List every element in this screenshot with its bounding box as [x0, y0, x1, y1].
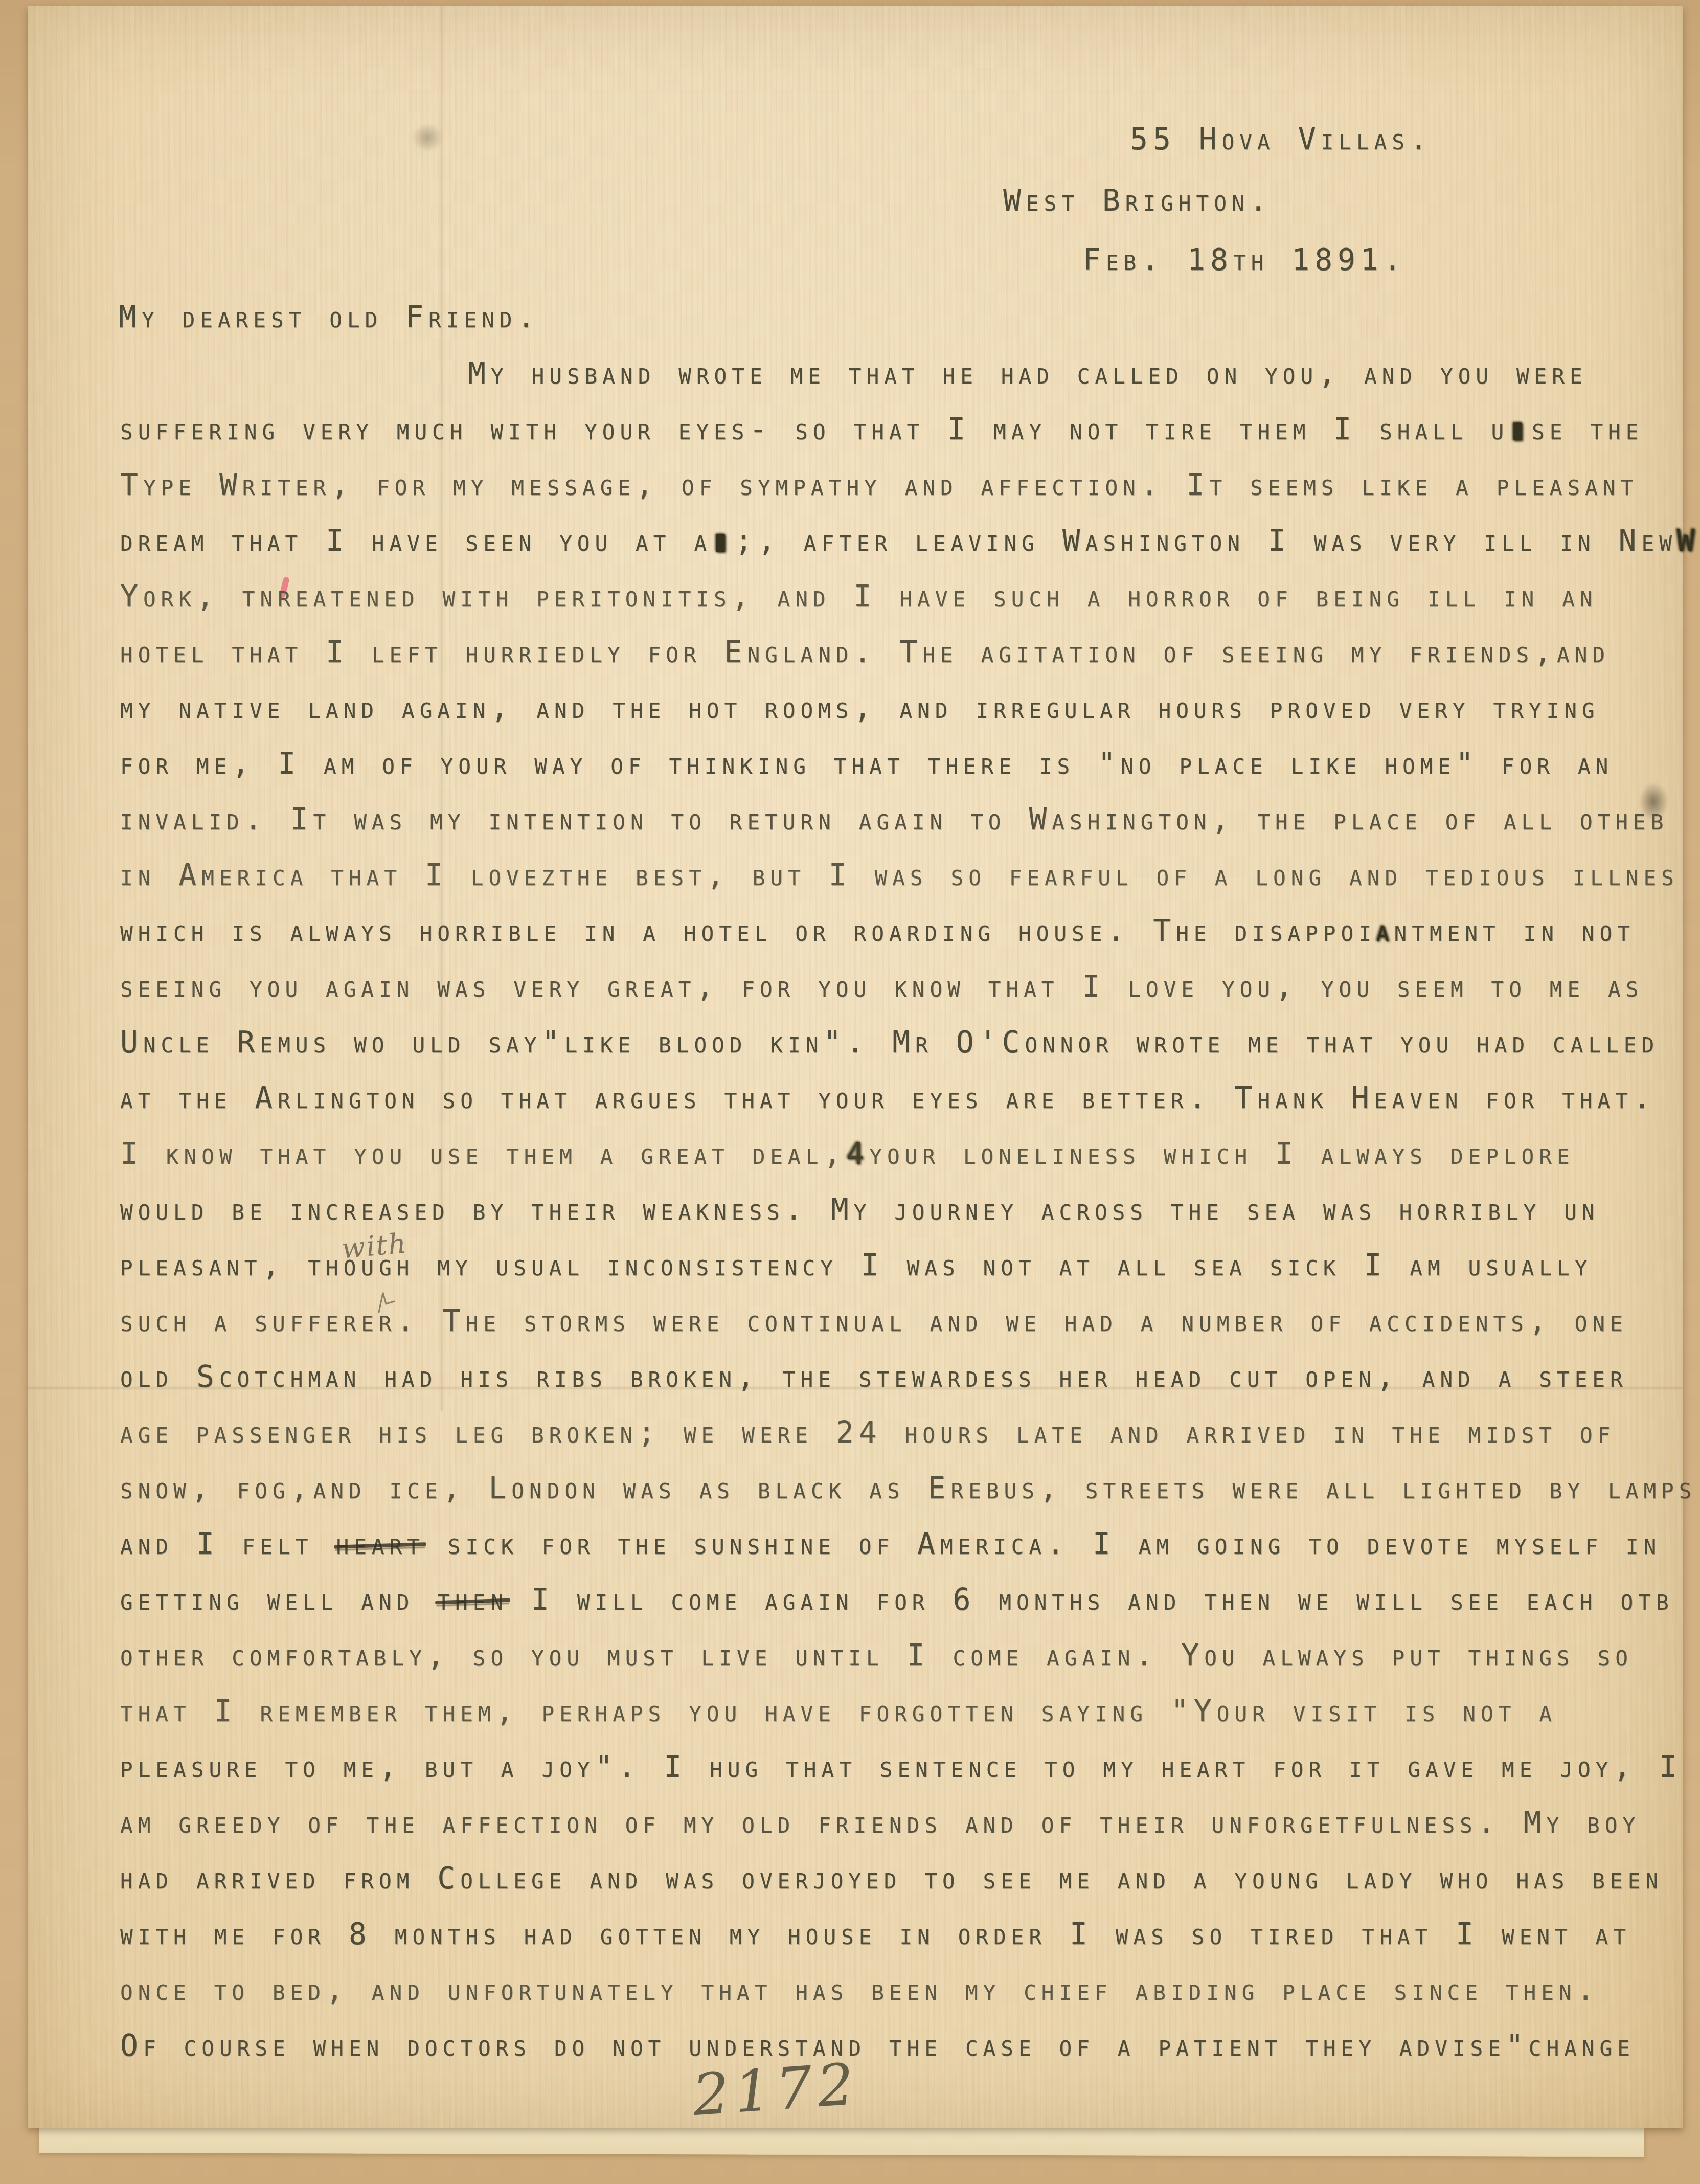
letter-line: in America that I lovezthe best, but I w…	[120, 847, 1700, 903]
pencil-caret-mark	[377, 1289, 398, 1315]
typed-text: am greedy of the affection of my old fri…	[120, 1805, 1640, 1840]
letter-line: Of course when doctors do not understand…	[120, 2018, 1700, 2074]
typed-text: my native land again, and the hot rooms,…	[120, 690, 1600, 725]
letter-line: would be increased by their weakness. My…	[120, 1182, 1700, 1237]
typed-text: Uncle Remus wo uld say"like blood kin". …	[120, 1025, 1659, 1060]
typed-text: I know that you use them a great deal,	[120, 1136, 846, 1171]
handwritten-page-number: 2172	[691, 2051, 861, 2129]
blot-text: 4	[846, 1136, 869, 1171]
typed-text: se the	[1532, 412, 1643, 446]
typed-text: pleasure to me, but a joy". I hug that s…	[120, 1749, 1682, 1784]
letter-line: My husband wrote me that he had called o…	[120, 346, 1700, 401]
typed-text: York, tnreatened with peritonitis, and I…	[120, 579, 1598, 614]
letter-line: snow, fog,and ice, London was as black a…	[120, 1460, 1700, 1516]
letter-line: getting well and then I will come again …	[120, 1572, 1700, 1628]
letter-line: with me for 8 months had gotten my house…	[120, 1906, 1700, 1962]
letter-line: that I remember them, perhaps you have f…	[120, 1683, 1700, 1739]
typed-text: other comfortably, so you must live unti…	[120, 1638, 1633, 1673]
letter-paper: 55 Hova Villas. West Brighton. Feb. 18th…	[28, 6, 1683, 2128]
letter-line: Type Writer, for my message, of sympathy…	[120, 457, 1700, 513]
letter-line: and I felt heart sick for the sunshine o…	[120, 1516, 1700, 1572]
letter-line: which is always horrible in a hotel or r…	[120, 903, 1700, 959]
letter-line: had arrived from College and was overjoy…	[120, 1851, 1700, 1906]
letter-line: I know that you use them a great deal,4y…	[120, 1126, 1700, 1182]
typed-text: old Scotchman had his ribs broken, the s…	[120, 1359, 1628, 1394]
blot-text: ▮	[712, 523, 735, 558]
typed-text: Type Writer, for my message, of sympathy…	[120, 467, 1638, 502]
letter-line: old Scotchman had his ribs broken, the s…	[120, 1349, 1700, 1405]
typed-text: had arrived from College and was overjoy…	[120, 1861, 1663, 1896]
typed-text: age passenger his leg broken; we were 24…	[120, 1415, 1615, 1450]
scanned-letter-page: 55 Hova Villas. West Brighton. Feb. 18th…	[0, 0, 1700, 2184]
date-line: Feb. 18th 1891.	[1083, 242, 1407, 278]
letter-line: dream that I have seen you at a▮;, after…	[120, 513, 1700, 569]
typed-text: for me, I am of your way of thinking tha…	[120, 746, 1613, 781]
typed-text: My husband wrote me that he had called o…	[468, 356, 1588, 391]
blot-text: ▮	[1509, 412, 1532, 446]
typed-text: which is always horrible in a hotel or r…	[120, 913, 1376, 948]
typed-text: hotel that I left hurriedly for England.…	[120, 635, 1610, 669]
typed-text: that I remember them, perhaps you have f…	[120, 1694, 1557, 1728]
letter-line: other comfortably, so you must live unti…	[120, 1628, 1700, 1683]
letter-line: once to bed, and unfortunately that has …	[120, 1962, 1700, 2018]
letter-line: pleasure to me, but a joy". I hug that s…	[120, 1739, 1700, 1795]
address-line-1: 55 Hova Villas.	[1130, 121, 1433, 157]
letter-line: am greedy of the affection of my old fri…	[120, 1795, 1700, 1851]
typed-text: I will come again for 6 months and then …	[508, 1582, 1674, 1617]
typed-text: getting well and	[120, 1582, 437, 1617]
letter-line: for me, I am of your way of thinking tha…	[120, 736, 1700, 792]
letter-line: my native land again, and the hot rooms,…	[120, 680, 1700, 736]
typed-text: dream that I have seen you at a	[120, 523, 712, 558]
typed-text: ntment in not	[1394, 913, 1635, 948]
typed-text: your loneliness which I always deplore	[869, 1136, 1574, 1171]
letter-line: Uncle Remus wo uld say"like blood kin". …	[120, 1015, 1700, 1070]
typed-text: once to bed, and unfortunately that has …	[120, 1972, 1600, 2007]
blot-text: a	[1376, 913, 1394, 948]
typed-text: snow, fog,and ice, London was as black a…	[120, 1471, 1696, 1505]
typed-text: Of course when doctors do not understand…	[120, 2028, 1635, 2063]
typed-text: at the Arlington so that argues that you…	[120, 1080, 1656, 1115]
blot-text: W	[1677, 523, 1700, 558]
letter-line: at the Arlington so that argues that you…	[120, 1070, 1700, 1126]
typed-text: ;, after leaving Washington I was very i…	[735, 523, 1677, 558]
letter-body: My husband wrote me that he had called o…	[120, 346, 1700, 2074]
letter-line: invalid. It was my intention to return a…	[120, 792, 1700, 847]
typed-text: such a sufferer. The storms were continu…	[120, 1303, 1628, 1338]
typed-text: invalid. It was my intention to return a…	[120, 802, 1668, 837]
typed-text: in America that I lovezthe best, but I w…	[120, 858, 1679, 892]
typed-text: with me for 8 months had gotten my house…	[120, 1917, 1631, 1951]
strike-text: heart	[336, 1526, 424, 1561]
letter-line: age passenger his leg broken; we were 24…	[120, 1405, 1700, 1460]
typed-text: would be increased by their weakness. My…	[120, 1192, 1600, 1227]
salutation: My dearest old Friend.	[119, 299, 540, 335]
letter-line: suffering very much with your eyes- so t…	[120, 401, 1700, 457]
handwritten-insertion: with	[340, 1227, 408, 1265]
letter-line: York, tnreatened with peritonitis, and I…	[120, 569, 1700, 624]
letter-line: such a sufferer. The storms were continu…	[120, 1293, 1700, 1349]
typed-text: suffering very much with your eyes- so t…	[120, 412, 1509, 446]
typed-text: sick for the sunshine of America. I am g…	[425, 1526, 1661, 1561]
pencil-smudge	[412, 123, 443, 152]
typed-text: seeing you again was very great, for you…	[120, 969, 1643, 1004]
under-sheet-edge	[39, 2124, 1644, 2157]
address-line-2: West Brighton.	[1003, 183, 1273, 218]
typed-text: pleasant, though my usual inconsistency …	[120, 1248, 1592, 1282]
strike-text: then	[437, 1582, 508, 1617]
letter-line: hotel that I left hurriedly for England.…	[120, 624, 1700, 680]
typed-text: and I felt	[120, 1526, 336, 1561]
letter-line: seeing you again was very great, for you…	[120, 959, 1700, 1015]
